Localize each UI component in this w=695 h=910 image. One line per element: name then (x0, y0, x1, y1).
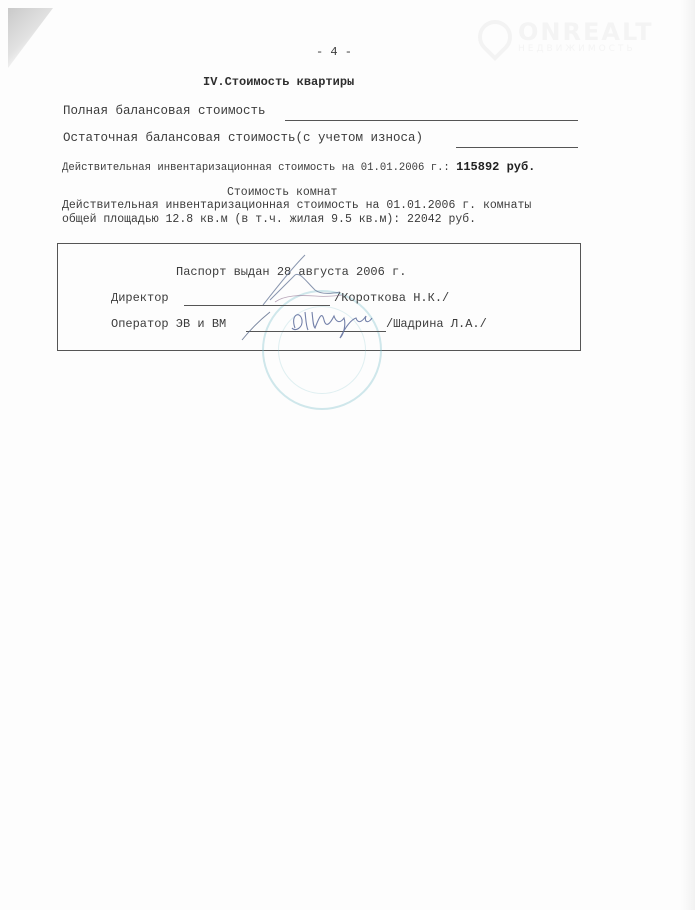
rooms-cost-line-1: Действительная инвентаризационная стоимо… (62, 199, 531, 213)
director-signature-line (184, 305, 330, 306)
inventory-cost-label: Действительная инвентаризационная стоимо… (62, 162, 450, 174)
scan-shadow-corner (8, 8, 53, 68)
director-label: Директор (111, 291, 169, 305)
watermark-subtitle: НЕДВИЖИМОСТЬ (518, 44, 654, 54)
scanned-document-page: ONREALT НЕДВИЖИМОСТЬ - 4 - IV.Стоимость … (0, 0, 695, 910)
residual-balance-cost-label: Остаточная балансовая стоимость(с учетом… (63, 131, 423, 145)
full-balance-cost-label: Полная балансовая стоимость (63, 104, 266, 118)
rooms-cost-line-2: общей площадью 12.8 кв.м (в т.ч. жилая 9… (62, 213, 476, 227)
operator-signature-line (246, 331, 386, 332)
operator-name: /Шадрина Л.А./ (386, 317, 487, 331)
inventory-cost-row: Действительная инвентаризационная стоимо… (62, 160, 535, 175)
full-balance-cost-blank (285, 120, 578, 121)
official-stamp-inner-ring (278, 306, 366, 394)
scan-edge-shadow (681, 0, 695, 910)
watermark-title: ONREALT (518, 20, 654, 44)
section-title: IV.Стоимость квартиры (203, 75, 354, 89)
operator-label: Оператор ЭВ и ВМ (111, 317, 226, 331)
house-pin-icon (471, 13, 519, 61)
residual-balance-cost-blank (456, 147, 578, 148)
watermark: ONREALT НЕДВИЖИМОСТЬ (478, 20, 654, 54)
page-number: - 4 - (316, 45, 352, 59)
inventory-cost-value: 115892 руб. (456, 160, 535, 174)
passport-issued-text: Паспорт выдан 28 августа 2006 г. (176, 265, 406, 279)
rooms-cost-title: Стоимость комнат (227, 186, 337, 200)
director-name: /Короткова Н.К./ (334, 291, 449, 305)
